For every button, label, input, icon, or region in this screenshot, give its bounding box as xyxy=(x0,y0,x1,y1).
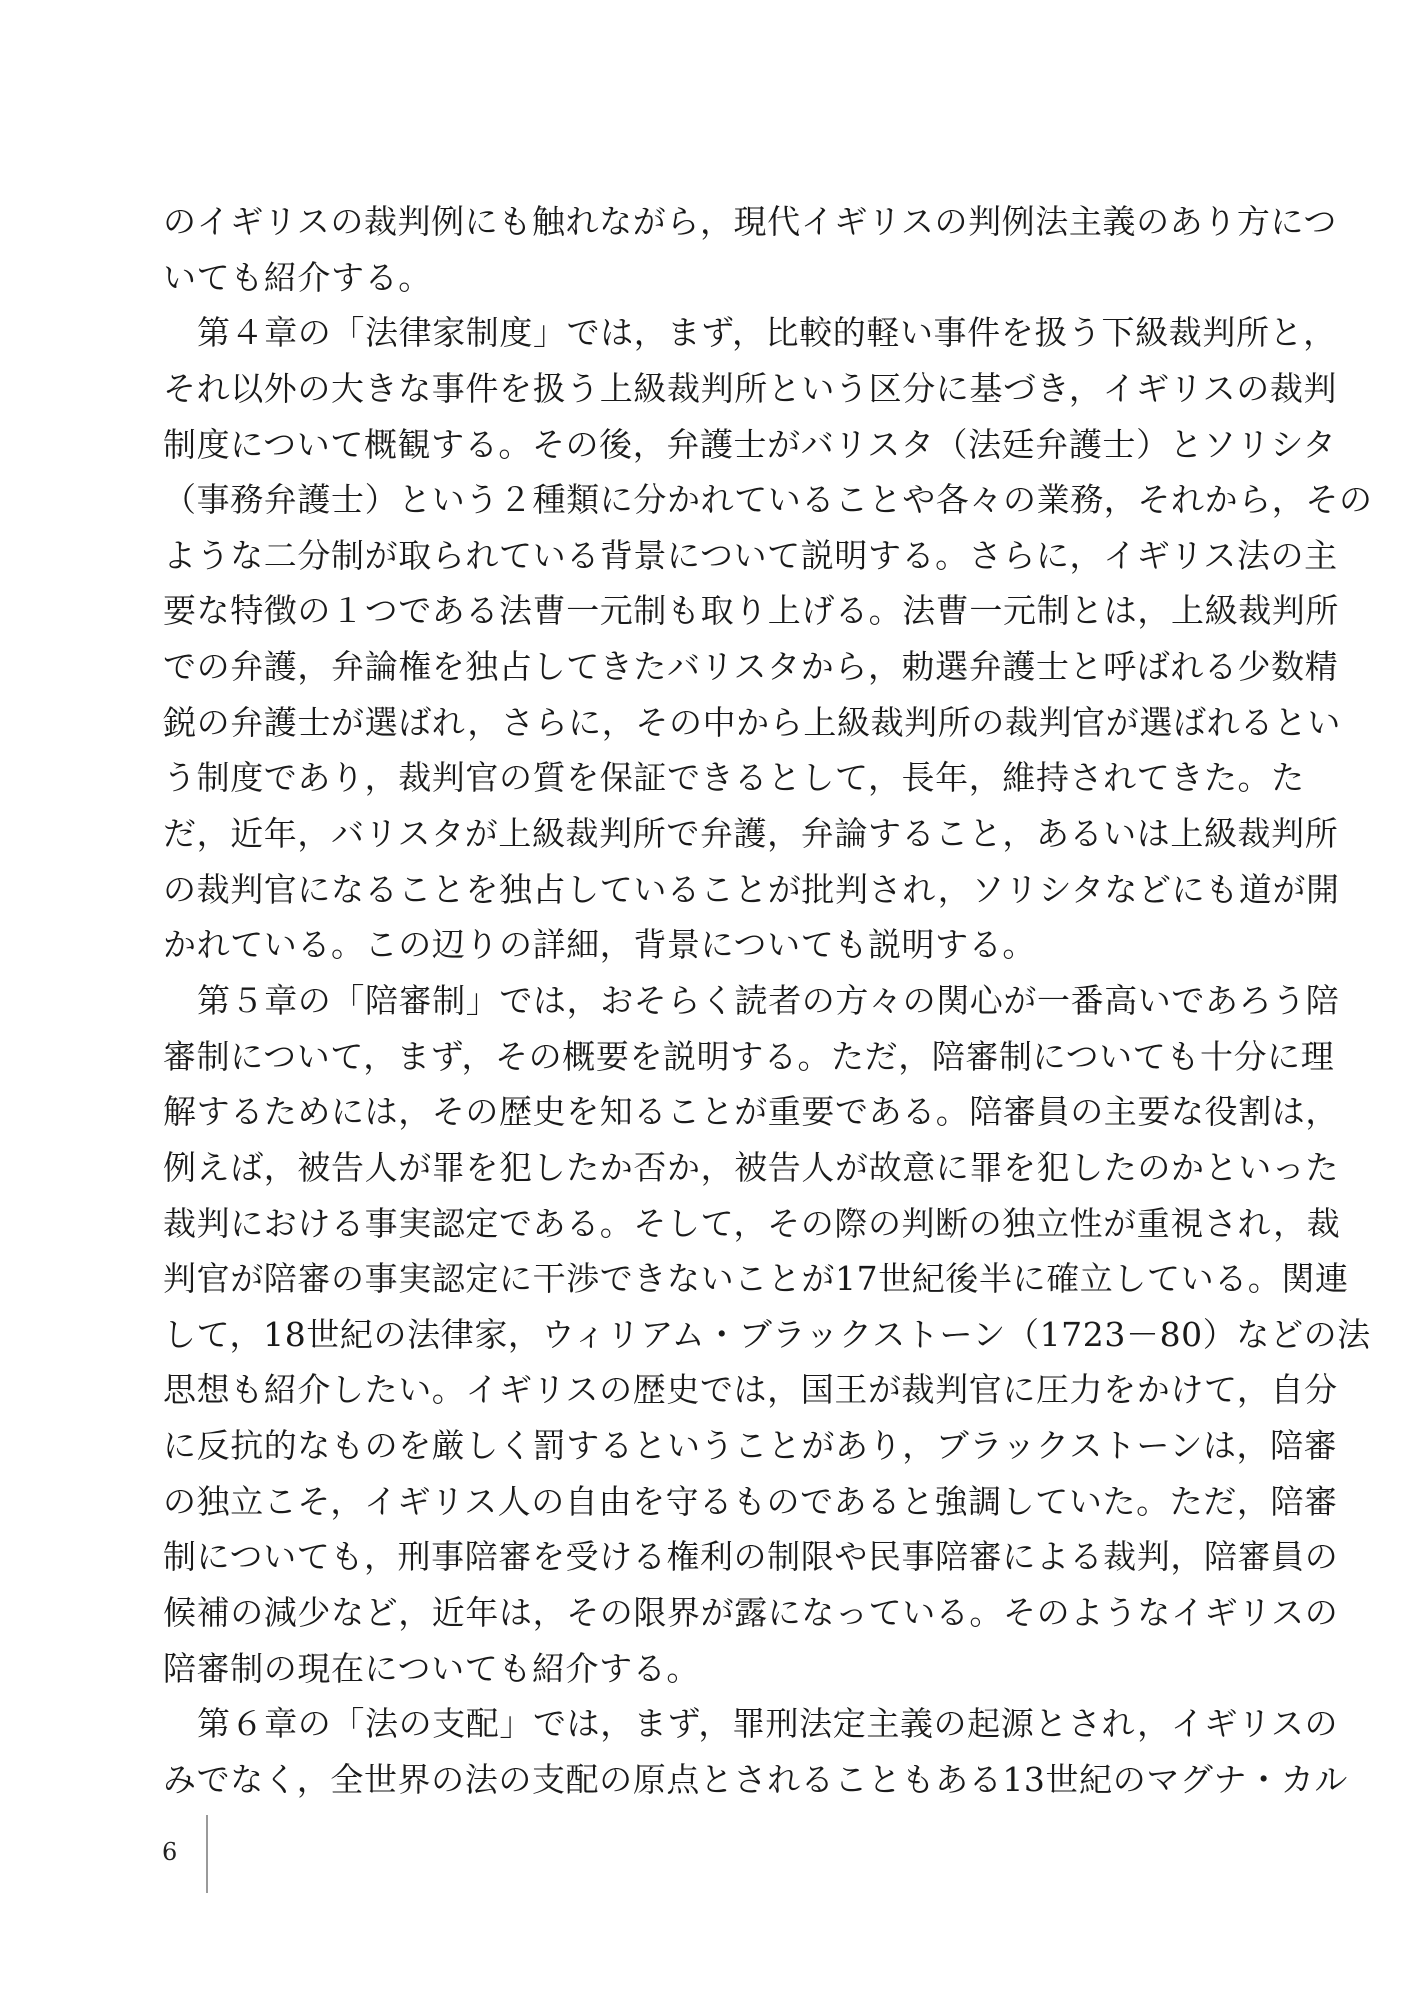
text-line-27: 陪審制の現在についても紹介する。 xyxy=(163,1641,1223,1697)
page-number: 6 xyxy=(162,1838,177,1866)
text-line-25: 制についても，刑事陪審を受ける権利の制限や民事陪審による裁判，陪審員の xyxy=(163,1529,1223,1585)
text-line-4: それ以外の大きな事件を扱う上級裁判所という区分に基づき，イギリスの裁判 xyxy=(163,361,1223,417)
text-line-7: ような二分制が取られている背景について説明する。さらに，イギリス法の主 xyxy=(163,528,1223,584)
text-line-10: 鋭の弁護士が選ばれ，さらに，その中から上級裁判所の裁判官が選ばれるとい xyxy=(163,695,1223,751)
text-line-14: かれている。この辺りの詳細，背景についても説明する。 xyxy=(163,917,1223,973)
text-line-21: して，18世紀の法律家，ウィリアム・ブラックストーン（1723－80）などの法 xyxy=(163,1307,1223,1363)
text-line-5: 制度について概観する。その後，弁護士がバリスタ（法廷弁護士）とソリシタ xyxy=(163,417,1223,473)
footer-vertical-rule xyxy=(206,1815,208,1893)
text-line-22: 思想も紹介したい。イギリスの歴史では，国王が裁判官に圧力をかけて，自分 xyxy=(163,1362,1223,1418)
text-line-15: 第５章の「陪審制」では，おそらく読者の方々の関心が一番高いであろう陪 xyxy=(163,973,1223,1029)
text-line-17: 解するためには，その歴史を知ることが重要である。陪審員の主要な役割は， xyxy=(163,1084,1223,1140)
text-line-2: いても紹介する。 xyxy=(163,250,1223,306)
text-line-28: 第６章の「法の支配」では，まず，罪刑法定主義の起源とされ，イギリスの xyxy=(163,1696,1223,1752)
text-line-12: だ，近年，バリスタが上級裁判所で弁護，弁論すること，あるいは上級裁判所 xyxy=(163,806,1223,862)
text-line-19: 裁判における事実認定である。そして，その際の判断の独立性が重視され，裁 xyxy=(163,1196,1223,1252)
text-line-9: での弁護，弁論権を独占してきたバリスタから，勅選弁護士と呼ばれる少数精 xyxy=(163,639,1223,695)
text-line-8: 要な特徴の１つである法曹一元制も取り上げる。法曹一元制とは，上級裁判所 xyxy=(163,583,1223,639)
text-line-1: のイギリスの裁判例にも触れながら，現代イギリスの判例法主義のあり方につ xyxy=(163,194,1223,250)
text-line-6: （事務弁護士）という２種類に分かれていることや各々の業務，それから，その xyxy=(163,472,1223,528)
text-line-13: の裁判官になることを独占していることが批判され，ソリシタなどにも道が開 xyxy=(163,862,1223,918)
text-line-29: みでなく，全世界の法の支配の原点とされることもある13世紀のマグナ・カル xyxy=(163,1752,1223,1808)
text-line-26: 候補の減少など，近年は，その限界が露になっている。そのようなイギリスの xyxy=(163,1585,1223,1641)
page-body: のイギリスの裁判例にも触れながら，現代イギリスの判例法主義のあり方につ いても紹… xyxy=(163,194,1223,1808)
text-line-3: 第４章の「法律家制度」では，まず，比較的軽い事件を扱う下級裁判所と， xyxy=(163,305,1223,361)
text-line-16: 審制について，まず，その概要を説明する。ただ，陪審制についても十分に理 xyxy=(163,1029,1223,1085)
text-line-20: 判官が陪審の事実認定に干渉できないことが17世紀後半に確立している。関連 xyxy=(163,1251,1223,1307)
text-line-24: の独立こそ，イギリス人の自由を守るものであると強調していた。ただ，陪審 xyxy=(163,1474,1223,1530)
text-line-23: に反抗的なものを厳しく罰するということがあり，ブラックストーンは，陪審 xyxy=(163,1418,1223,1474)
text-line-18: 例えば，被告人が罪を犯したか否か，被告人が故意に罪を犯したのかといった xyxy=(163,1140,1223,1196)
text-line-11: う制度であり，裁判官の質を保証できるとして，長年，維持されてきた。た xyxy=(163,750,1223,806)
